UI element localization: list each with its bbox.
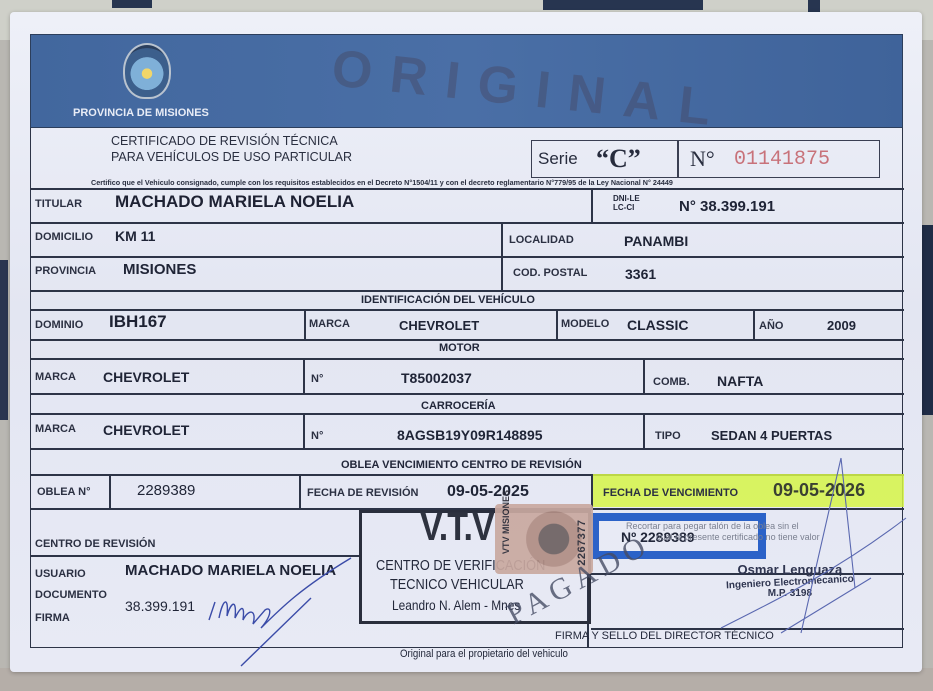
oblea-section-title: OBLEA VENCIMIENTO CENTRO DE REVISIÓN (341, 459, 582, 471)
anio-label: AÑO (759, 320, 783, 332)
localidad-value: PANAMBI (624, 233, 688, 249)
hologram-text: VTV MISIONES (501, 490, 511, 554)
documento-label: DOCUMENTO (35, 589, 107, 601)
dni-value: N° 38.399.191 (679, 198, 775, 215)
modelo-value: CLASSIC (627, 317, 688, 333)
certificate-form: CERTIFICADO DE REVISIÓN TÉCNICA PARA VEH… (30, 128, 903, 648)
anio-value: 2009 (827, 318, 856, 333)
dni-label-line2: LC-CI (613, 203, 640, 212)
comb-value: NAFTA (717, 373, 763, 389)
divider (31, 188, 904, 190)
titular-value: MACHADO MARIELA NOELIA (115, 192, 354, 212)
province-name: PROVINCIA DE MISIONES (73, 107, 209, 119)
background-object (112, 0, 152, 8)
divider (31, 393, 904, 395)
domicilio-label: DOMICILIO (35, 231, 93, 243)
motor-marca-value: CHEVROLET (103, 369, 189, 385)
carroceria-num-label: N° (311, 430, 323, 442)
divider (299, 474, 301, 508)
divider (31, 448, 904, 450)
carroceria-section-title: CARROCERÍA (421, 400, 496, 412)
carroceria-marca-label: MARCA (35, 423, 76, 435)
divider (643, 358, 645, 393)
divider (31, 413, 904, 415)
original-watermark: ORIGINAL (329, 38, 731, 139)
centro-section-title: CENTRO DE REVISIÓN (35, 538, 155, 550)
divider (31, 555, 359, 557)
oblea-value: 2289389 (137, 482, 195, 499)
serial-number: 01141875 (734, 148, 830, 171)
divider (304, 309, 306, 339)
province-crest-icon (123, 43, 171, 99)
serie-letter: “C” (596, 144, 641, 174)
vtv-line3: Leandro N. Alem - Mnes (392, 597, 520, 613)
vehicle-section-title: IDENTIFICACIÓN DEL VEHÍCULO (361, 294, 535, 306)
tipo-value: SEDAN 4 PUERTAS (711, 428, 832, 443)
motor-marca-label: MARCA (35, 371, 76, 383)
divider (31, 358, 904, 360)
background-object (543, 0, 703, 10)
divider (31, 290, 904, 292)
certificate-title-line1: CERTIFICADO DE REVISIÓN TÉCNICA (111, 134, 338, 148)
vehicle-marca-value: CHEVROLET (399, 318, 479, 333)
background-object (0, 260, 8, 420)
serial-number-symbol: N° (690, 146, 715, 172)
domicilio-value: KM 11 (115, 228, 155, 244)
divider (303, 358, 305, 393)
vtv-title: V.T.V (420, 505, 494, 550)
cp-label: COD. POSTAL (513, 267, 587, 279)
header-band: ORIGINAL PROVINCIA DE MISIONES (30, 34, 903, 128)
localidad-label: LOCALIDAD (509, 234, 574, 246)
provincia-label: PROVINCIA (35, 265, 96, 277)
oblea-label: OBLEA N° (37, 486, 91, 498)
divider (643, 413, 645, 448)
motor-section-title: MOTOR (439, 342, 480, 354)
firma-label: FIRMA (35, 612, 70, 624)
owner-signature (201, 558, 361, 668)
vtv-line2: TECNICO VEHICULAR (390, 576, 524, 593)
modelo-label: MODELO (561, 318, 609, 330)
fecha-vencimiento-label: FECHA DE VENCIMIENTO (603, 487, 738, 499)
titular-label: TITULAR (35, 198, 82, 210)
certificate-title-line2: PARA VEHÍCULOS DE USO PARTICULAR (111, 150, 352, 164)
divider (31, 339, 904, 341)
comb-label: COMB. (653, 376, 690, 388)
usuario-label: USUARIO (35, 568, 86, 580)
divider (31, 309, 904, 311)
fecha-revision-value: 09-05-2025 (447, 483, 529, 501)
divider (556, 309, 558, 339)
dni-label-line1: DNI-LE (613, 194, 640, 203)
carroceria-num-value: 8AGSB19Y09R148895 (397, 427, 543, 443)
motor-num-label: N° (311, 373, 323, 385)
fecha-revision-label: FECHA DE REVISIÓN (307, 487, 418, 499)
motor-num-value: T85002037 (401, 370, 472, 386)
divider (501, 222, 503, 290)
certification-statement: Certifico que el Vehiculo consignado, cu… (91, 178, 673, 187)
divider (31, 256, 904, 258)
dominio-value: IBH167 (109, 312, 167, 332)
serie-box: Serie “C” N° 01141875 (531, 140, 880, 178)
tipo-label: TIPO (655, 430, 681, 442)
dominio-label: DOMINIO (35, 319, 83, 331)
divider (753, 309, 755, 339)
dni-label: DNI-LE LC-CI (613, 194, 640, 212)
divider (109, 474, 111, 508)
divider (31, 222, 904, 224)
cp-value: 3361 (625, 266, 656, 282)
carroceria-marca-value: CHEVROLET (103, 422, 189, 438)
provincia-value: MISIONES (123, 261, 196, 278)
divider (591, 188, 593, 222)
documento-value: 38.399.191 (125, 598, 195, 614)
serie-label: Serie (538, 149, 578, 169)
footer-note: Original para el propietario del vehicul… (400, 648, 568, 660)
divider (303, 413, 305, 448)
serie-divider (677, 141, 679, 177)
vehicle-marca-label: MARCA (309, 318, 350, 330)
director-signature (721, 458, 911, 638)
